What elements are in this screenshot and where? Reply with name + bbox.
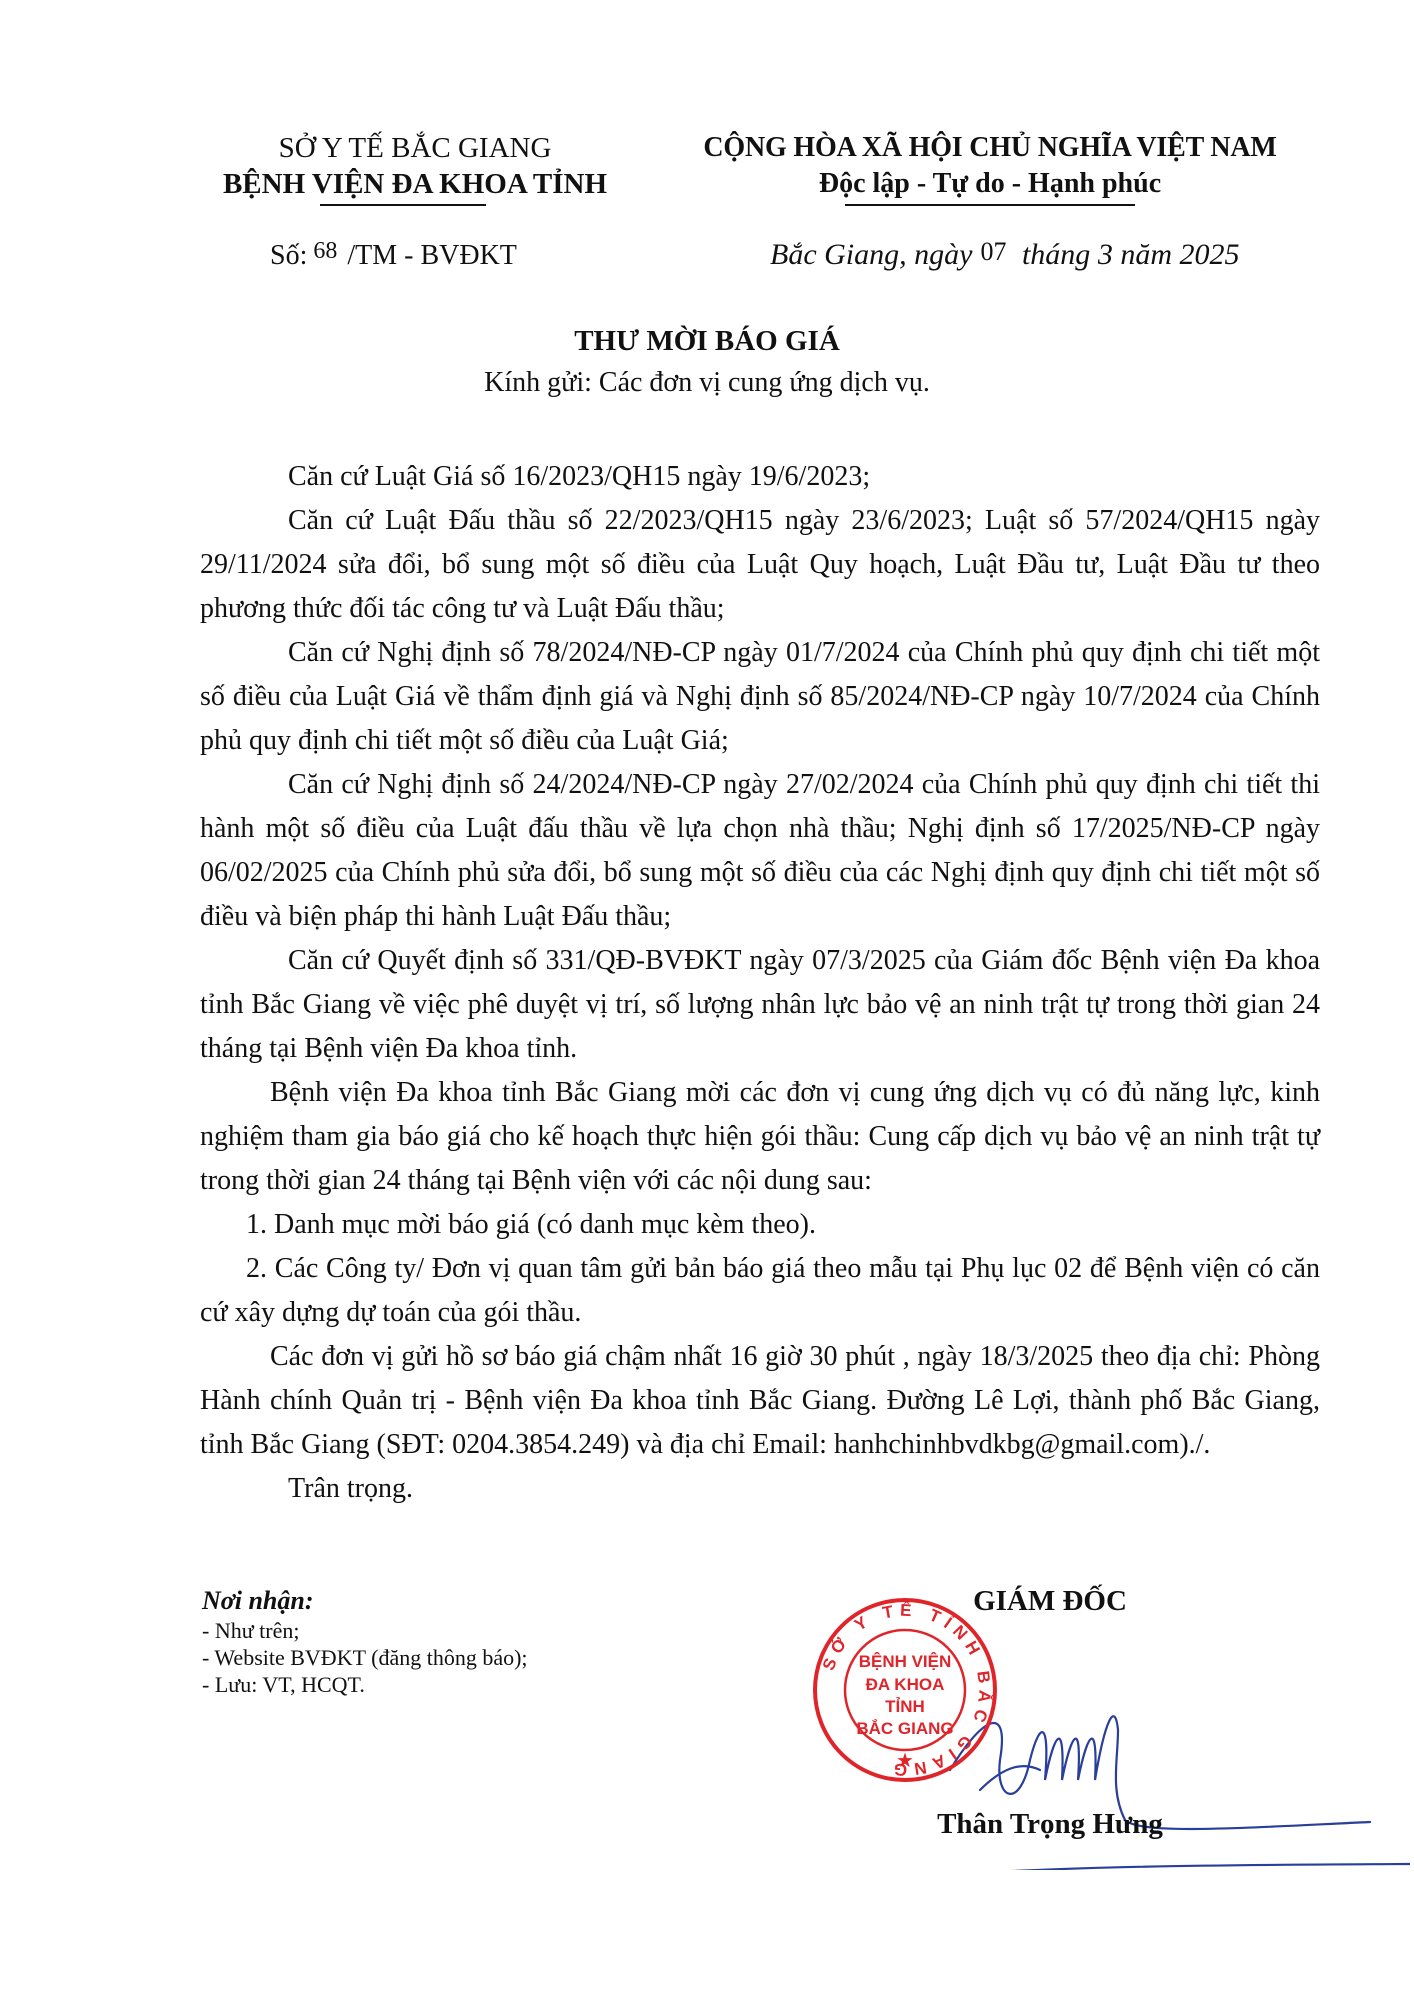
svg-text:BỆNH VIỆN: BỆNH VIỆN <box>859 1652 952 1671</box>
svg-text:BẮC GIANG: BẮC GIANG <box>856 1719 953 1738</box>
date-line: Bắc Giang, ngày07 tháng 3 năm 2025 <box>770 238 1239 272</box>
date-day: 07 <box>980 237 1006 266</box>
recipients-block: Nơi nhận: - Như trên; - Website BVĐKT (đ… <box>202 1585 632 1698</box>
greeting: Kính gửi: Các đơn vị cung ứng dịch vụ. <box>0 367 1414 399</box>
date-month: 3 <box>1098 238 1113 271</box>
list-item: 2. Các Công ty/ Đơn vị quan tâm gửi bản … <box>200 1247 1320 1335</box>
deadline-paragraph: Các đơn vị gửi hồ sơ báo giá chậm nhất 1… <box>200 1335 1320 1467</box>
national-header: CỘNG HÒA XÃ HỘI CHỦ NGHĨA VIỆT NAM Độc l… <box>660 130 1320 206</box>
recipient-item: - Website BVĐKT (đăng thông báo); <box>202 1644 632 1671</box>
doc-number-prefix: Số: <box>270 240 307 271</box>
legal-basis-paragraph: Căn cứ Nghị định số 24/2024/NĐ-CP ngày 2… <box>200 763 1320 939</box>
nation-title: CỘNG HÒA XÃ HỘI CHỦ NGHĨA VIỆT NAM <box>660 130 1320 166</box>
recipient-item: - Lưu: VT, HCQT. <box>202 1671 632 1698</box>
doc-number-suffix: /TM - BVĐKT <box>347 240 517 271</box>
date-month-label: tháng <box>1022 238 1090 271</box>
star-icon: ★ <box>896 1750 914 1772</box>
svg-text:TỈNH: TỈNH <box>885 1697 925 1716</box>
organization-name: BỆNH VIỆN ĐA KHOA TỈNH <box>200 166 630 202</box>
svg-text:ĐA KHOA: ĐA KHOA <box>866 1675 945 1694</box>
legal-basis-paragraph: Căn cứ Nghị định số 78/2024/NĐ-CP ngày 0… <box>200 631 1320 763</box>
motto-underline <box>845 204 1135 206</box>
invitation-paragraph: Bệnh viện Đa khoa tỉnh Bắc Giang mời các… <box>200 1071 1320 1203</box>
official-stamp: SỞ Y TẾ TỈNH BẮC GIANG BỆNH VIỆN ĐA KHOA… <box>810 1595 1000 1785</box>
document-number: Số:68/TM - BVĐKT <box>270 240 517 272</box>
document-title: THƯ MỜI BÁO GIÁ <box>0 325 1414 358</box>
date-place: Bắc Giang, ngày <box>770 238 972 271</box>
legal-basis-paragraph: Căn cứ Quyết định số 331/QĐ-BVĐKT ngày 0… <box>200 939 1320 1071</box>
closing: Trân trọng. <box>200 1467 1320 1511</box>
agency-name: SỞ Y TẾ BẮC GIANG <box>200 130 630 166</box>
date-year: năm 2025 <box>1120 238 1239 271</box>
recipient-item: - Như trên; <box>202 1617 632 1644</box>
doc-number-value: 68 <box>313 238 337 264</box>
signer-name: Thân Trọng Hưng <box>900 1808 1200 1841</box>
national-motto: Độc lập - Tự do - Hạnh phúc <box>660 166 1320 202</box>
document-body: Căn cứ Luật Giá số 16/2023/QH15 ngày 19/… <box>200 455 1320 1511</box>
list-item: 1. Danh mục mời báo giá (có danh mục kèm… <box>200 1203 1320 1247</box>
recipients-heading: Nơi nhận: <box>202 1585 632 1617</box>
organization-underline <box>320 204 486 206</box>
legal-basis-paragraph: Căn cứ Luật Giá số 16/2023/QH15 ngày 19/… <box>200 455 1320 499</box>
legal-basis-paragraph: Căn cứ Luật Đấu thầu số 22/2023/QH15 ngà… <box>200 499 1320 631</box>
issuing-authority: SỞ Y TẾ BẮC GIANG BỆNH VIỆN ĐA KHOA TỈNH <box>200 130 630 206</box>
